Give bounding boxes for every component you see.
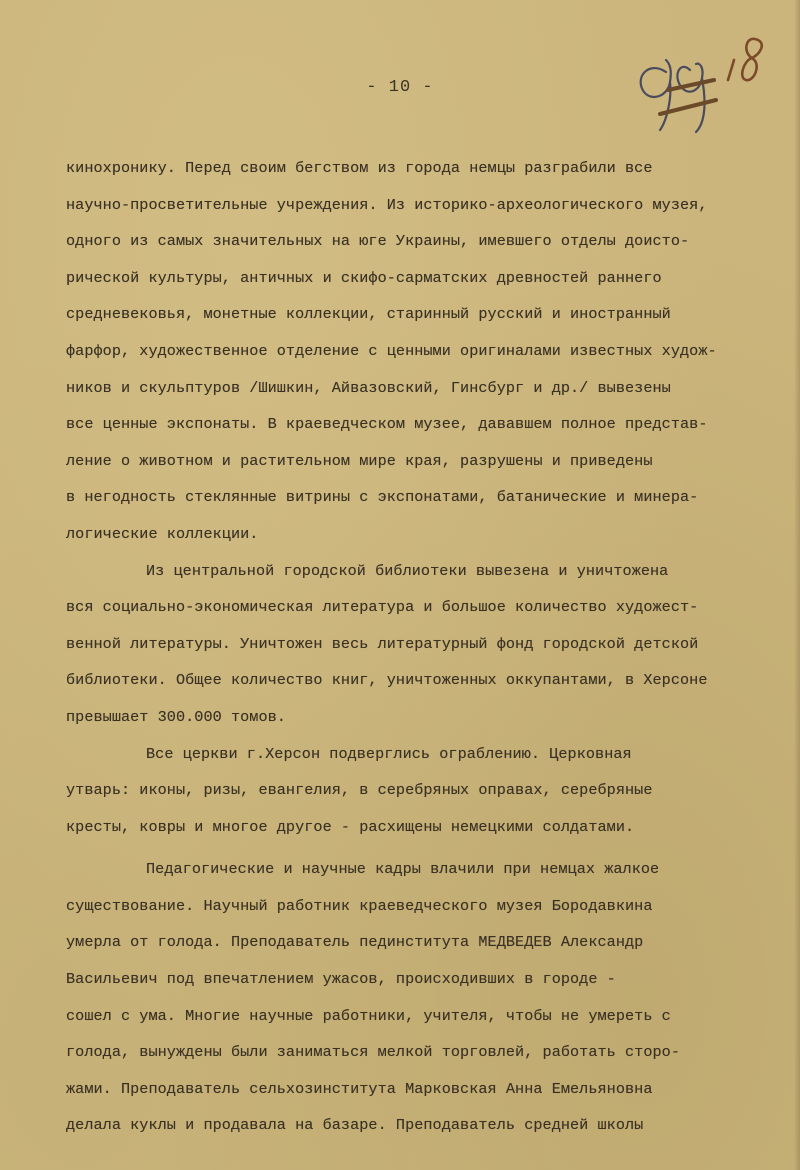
text-line: логические коллекции. <box>66 516 800 553</box>
text-line: умерла от голода. Преподаватель пединсти… <box>66 924 800 961</box>
document-body: кинохронику. Перед своим бегством из гор… <box>66 150 800 1144</box>
text-line: библиотеки. Общее количество книг, уничт… <box>66 662 800 699</box>
text-line: делала куклы и продавала на базаре. Преп… <box>66 1107 800 1144</box>
text-line: голода, вынуждены были заниматься мелкой… <box>66 1034 800 1071</box>
text-line: Васильевич под впечатлением ужасов, прои… <box>66 961 800 998</box>
handwritten-folio-icon <box>630 30 780 140</box>
text-line: одного из самых значительных на юге Укра… <box>66 223 800 260</box>
paragraph-start-line: Все церкви г.Херсон подверглись ограблен… <box>66 736 800 773</box>
document-page: - 10 - кинохронику. Перед своим бегством… <box>0 0 800 1170</box>
text-line: научно-просветительные учреждения. Из ис… <box>66 187 800 224</box>
text-line: венной литературы. Уничтожен весь литера… <box>66 626 800 663</box>
text-line: утварь: иконы, ризы, евангелия, в серебр… <box>66 772 800 809</box>
archive-folio-mark <box>630 30 780 140</box>
text-line: существование. Научный работник краеведч… <box>66 888 800 925</box>
text-line: ников и скульптуров /Шишкин, Айвазовский… <box>66 370 800 407</box>
text-line: фарфор, художественное отделение с ценны… <box>66 333 800 370</box>
text-line: вся социально-экономическая литература и… <box>66 589 800 626</box>
text-line: жами. Преподаватель сельхозинститута Мар… <box>66 1071 800 1108</box>
text-line: сошел с ума. Многие научные работники, у… <box>66 998 800 1035</box>
paragraph-start-line: Педагогические и научные кадры влачили п… <box>66 851 800 888</box>
text-line: ление о животном и растительном мире кра… <box>66 443 800 480</box>
text-line: в негодность стеклянные витрины с экспон… <box>66 479 800 516</box>
text-line: кинохронику. Перед своим бегством из гор… <box>66 150 800 187</box>
text-line: кресты, ковры и многое другое - расхищен… <box>66 809 800 846</box>
text-line: рической культуры, античных и скифо-сарм… <box>66 260 800 297</box>
text-line: все ценные экспонаты. В краеведческом му… <box>66 406 800 443</box>
text-line: средневековья, монетные коллекции, стари… <box>66 296 800 333</box>
paragraph-start-line: Из центральной городской библиотеки выве… <box>66 553 800 590</box>
text-line: превышает 300.000 томов. <box>66 699 800 736</box>
